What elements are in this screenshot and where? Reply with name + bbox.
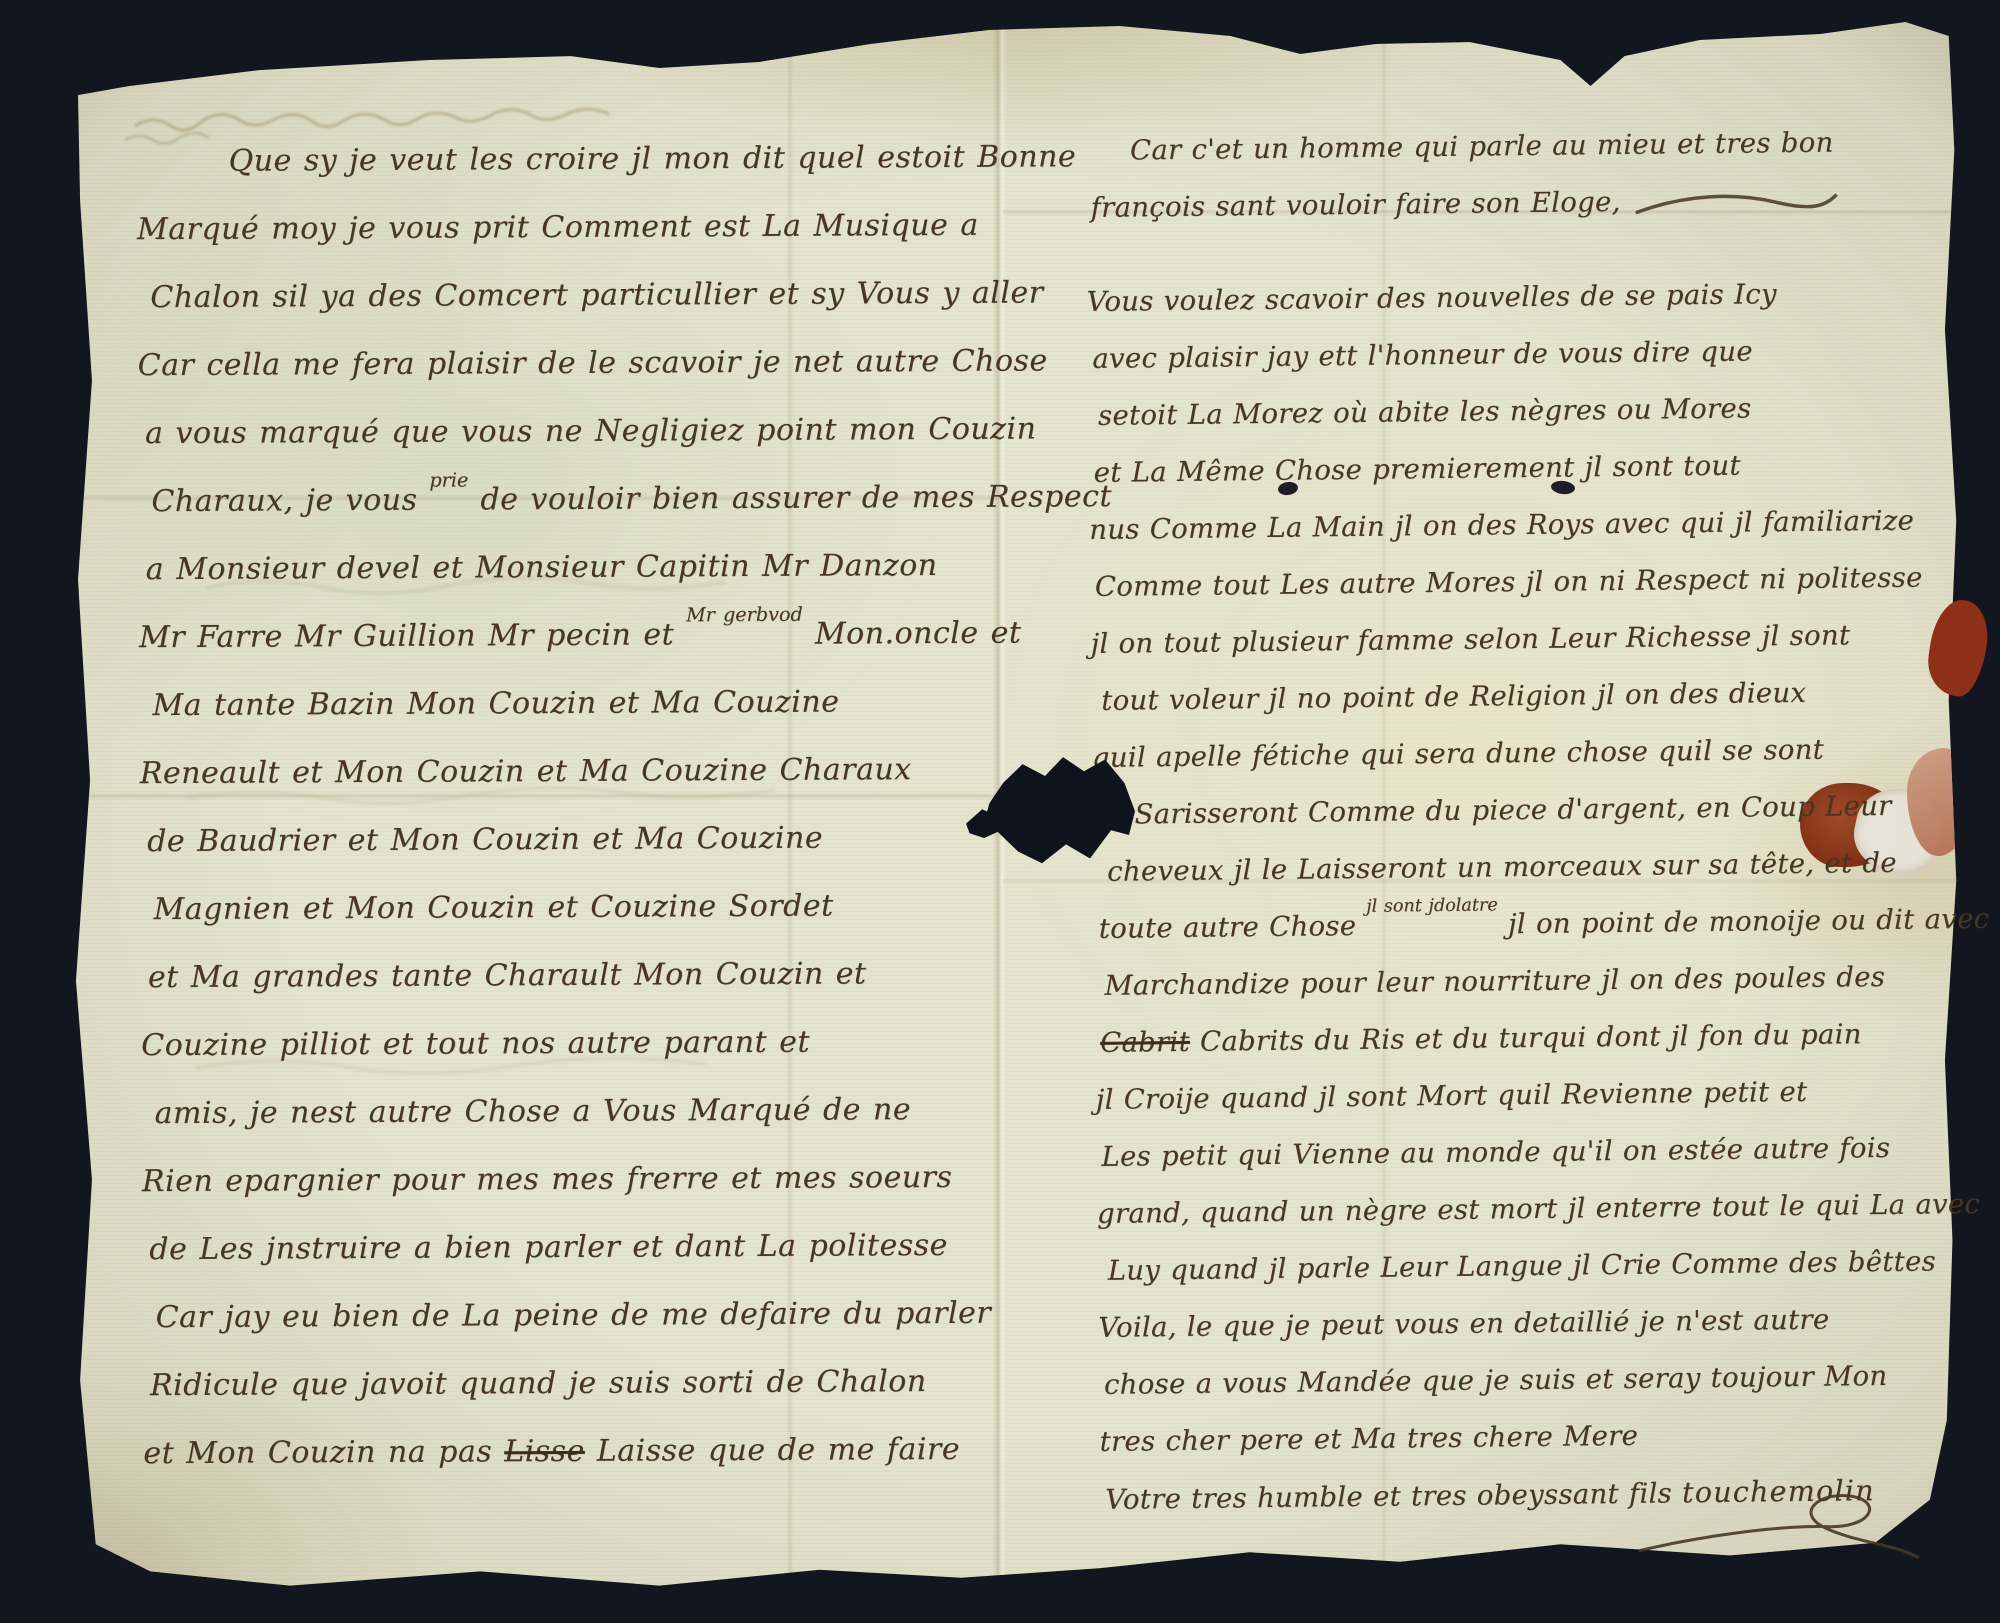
pen-flourish [1630, 186, 1840, 218]
manuscript-line: Couzine pilliot et tout nos autre parant… [141, 1008, 973, 1080]
manuscript-line: a Monsieur devel et Monsieur Capitin Mr … [146, 532, 971, 604]
manuscript-line: et Ma grandes tante Charault Mon Couzin … [148, 940, 973, 1012]
manuscript-line: de Les jnstruire a bien parler et dant L… [149, 1212, 974, 1284]
struck-word: Lisse [504, 1434, 585, 1469]
line-text: et Mon Couzin na pas [143, 1434, 504, 1471]
closing-text: Votre tres humble et tres obeyssant fils [1105, 1477, 1682, 1516]
manuscript-line: de Baudrier et Mon Couzin et Ma Couzine [147, 804, 972, 876]
manuscript-line: Que sy je veut les croire jl mon dit que… [143, 124, 968, 196]
manuscript-line: Rien epargnier pour mes mes frerre et me… [142, 1144, 974, 1216]
line-text: Laisse que de me faire [585, 1432, 960, 1469]
manuscript-line-with-insertion: Charaux, je vous prie de vouloir bien as… [151, 464, 970, 536]
manuscript-line: Comme tout Les autre Mores jl on ni Resp… [1095, 549, 1963, 616]
manuscript-line: cheveux jl le Laisseront un morceaux sur… [1107, 834, 1966, 901]
interlinear-insertion: jl sont jdolatre [1366, 877, 1498, 935]
manuscript-line: Les petit qui Vienne au monde qu'il on e… [1101, 1119, 1969, 1186]
manuscript-line: Ridicule que javoit quand je suis sorti … [150, 1348, 975, 1420]
manuscript-line: Luy quand jl parle Leur Langue jl Crie C… [1107, 1233, 1970, 1300]
line-text: Cabrits du Ris et du turqui dont jl fon … [1190, 1018, 1862, 1058]
manuscript-line: Voila, le que je peut vous en detaillié … [1098, 1290, 1971, 1357]
manuscript-line: Marqué moy je vous prit Comment est La M… [137, 192, 969, 264]
manuscript-line: Magnien et Mon Couzin et Couzine Sordet [153, 872, 972, 944]
line-text: jl on point de monoije ou dit avec des [1498, 902, 2000, 940]
manuscript-line-with-flourish: françois sant vouloir faire son Eloge, [1090, 170, 1958, 237]
manuscript-line: quil apelle fétiche qui sera dune chose … [1092, 720, 1965, 787]
manuscript-line: jl on tout plusieur famme selon Leur Ric… [1090, 606, 1963, 673]
manuscript-line: avec plaisir jay ett l'honneur de vous d… [1092, 321, 1960, 388]
manuscript-line: tres cher pere et Ma tres chere Mere [1099, 1404, 1972, 1471]
manuscript-line: et La Même Chose premierement jl sont to… [1093, 435, 1961, 502]
line-text: Charaux, je vous [151, 483, 429, 519]
manuscript-line-with-insertion: Mr Farre Mr Guillion Mr pecin et Mr gerb… [139, 600, 971, 672]
manuscript-line: Car jay eu bien de La peine de me defair… [155, 1280, 974, 1352]
line-text: Mon.oncle et [803, 616, 1022, 652]
manuscript-photo: Que sy je veut les croire jl mon dit que… [0, 0, 2000, 1623]
manuscript-line-with-insertion: toute autre Chose jl sont jdolatre jl on… [1099, 891, 1967, 958]
line-text: Mr Farre Mr Guillion Mr pecin et [139, 617, 686, 655]
manuscript-line: Car cella me fera plaisir de le scavoir … [138, 328, 970, 400]
manuscript-line-with-strikethrough: Cabrit Cabrits du Ris et du turqui dont … [1100, 1005, 1968, 1072]
manuscript-line: Ma tante Bazin Mon Couzin et Ma Couzine [152, 668, 971, 740]
line-text: françois sant vouloir faire son Eloge, [1090, 186, 1620, 224]
manuscript-line: Vous voulez scavoir des nouvelles de se … [1086, 264, 1959, 331]
manuscript-line: tout voleur jl no point de Religion jl o… [1101, 663, 1964, 730]
manuscript-line: Chalon sil ya des Comcert particullier e… [150, 260, 969, 332]
manuscript-line-with-strikethrough: et Mon Couzin na pas Lisse Laisse que de… [143, 1416, 975, 1488]
manuscript-line: jl Croije quand jl sont Mort quil Revien… [1095, 1062, 1968, 1129]
manuscript-line: nus Comme La Main jl on des Roys avec qu… [1089, 492, 1962, 559]
center-fold-crease [993, 8, 1007, 1600]
signature-paraph-flourish [1630, 1485, 1931, 1568]
manuscript-line: grand, quand un nègre est mort jl enterr… [1097, 1176, 1970, 1243]
manuscript-line: Sarisseront Comme du piece d'argent, en … [1134, 777, 1965, 843]
interlinear-insertion: Mr gerbvod [686, 581, 803, 650]
manuscript-line: Marchandize pour leur nourriture jl on d… [1104, 948, 1967, 1015]
right-page: Car c'et un homme qui parle au mieu et t… [1085, 113, 1974, 1593]
manuscript-line: chose a vous Mandée que je suis et seray… [1104, 1347, 1972, 1414]
manuscript-line: a vous marqué que vous ne Negligiez poin… [145, 396, 970, 468]
left-page: Que sy je veut les croire jl mon dit que… [136, 124, 975, 1488]
line-text: toute autre Chose [1099, 910, 1367, 945]
struck-word: Cabrit [1100, 1026, 1190, 1059]
manuscript-line: setoit La Morez où abite les nègres ou M… [1098, 378, 1961, 445]
manuscript-line: Car c'et un homme qui parle au mieu et t… [1085, 113, 1958, 180]
interlinear-insertion: prie [429, 446, 468, 514]
manuscript-line: amis, je nest autre Chose a Vous Marqué … [154, 1076, 973, 1148]
line-text: de vouloir bien assurer de mes Respect [468, 479, 1112, 517]
manuscript-line: Reneault et Mon Couzin et Ma Couzine Cha… [140, 736, 972, 808]
